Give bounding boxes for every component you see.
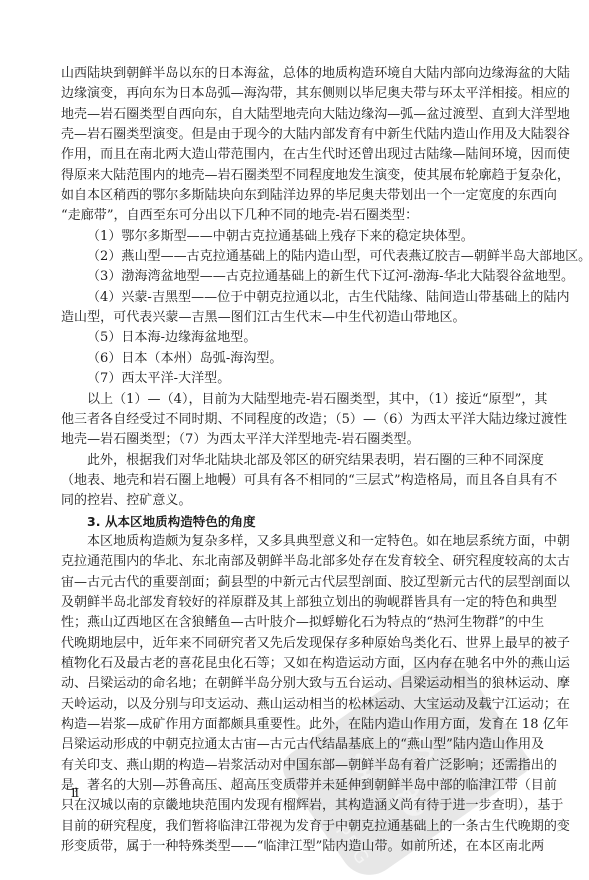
text-line: 山西陆块到朝鲜半岛以东的日本海盆，总体的地质构造环境自大陆内部向边缘海盆的大陆 bbox=[61, 64, 537, 84]
text-line: 边缘演变，再向东为日本岛弧—海沟带，其东侧则以毕尼奥夫带与环太平洋相接。相应的 bbox=[61, 84, 537, 104]
text-line: （5）日本海-边缘海盆地型。 bbox=[61, 328, 537, 348]
text-line: （4）兴蒙-吉黑型——位于中朝克拉通以北，古生代陆缘、陆间造山带基础上的陆内 bbox=[61, 288, 537, 308]
text-line: 性；燕山辽西地区在含狼鳍鱼—古叶肢介—拟蜉蝣化石为特点的“热河生物群”的中生 bbox=[61, 613, 537, 633]
text-line: （3）渤海湾盆地型——古克拉通基础上的新生代下辽河-渤海-华北大陆裂谷盆地型。 bbox=[61, 267, 537, 287]
text-line: 动、吕梁运动的命名地；在朝鲜半岛分别大致与五台运动、吕梁运动相当的狼林运动、摩 bbox=[61, 674, 537, 694]
text-line: 及朝鲜半岛北部发育较好的祥原群及其上部独立划出的驹岘群皆具有一定的特色和典型 bbox=[61, 593, 537, 613]
text-line: 目前的研究程度，我们暂将临津江带视为发育于中朝克拉通基础上的一条古生代晚期的变 bbox=[61, 817, 537, 837]
text-line: （6）日本（本州）岛弧-海沟型。 bbox=[61, 349, 537, 369]
text-line: 宙—古元古代的重要剖面；蓟县型的中新元古代层型剖面、胶辽型新元古代的层型剖面以 bbox=[61, 573, 537, 593]
text-line: 得原来大陆范围内的地壳—岩石圈类型不同程度地发生演变，使其展布轮廓趋于复杂化， bbox=[61, 166, 537, 186]
page-number: Ⅱ bbox=[71, 786, 79, 800]
text-line: 有关印支、燕山期的构造—岩浆活动对中国东部—朝鲜半岛有着广泛影响；还需指出的 bbox=[61, 756, 537, 776]
text-line: 克拉通范围内的华北、东北南部及朝鲜半岛北部多处存在发育较全、研究程度较高的太古 bbox=[61, 552, 537, 572]
text-line: （7）西太平洋-大洋型。 bbox=[61, 369, 537, 389]
text-line: 本区地质构造颇为复杂多样，又多具典型意义和一定特色。如在地层系统方面，中朝 bbox=[61, 532, 537, 552]
text-line: 以上（1）—（4），目前为大陆型地壳-岩石圈类型，其中，（1）接近“原型”，其 bbox=[61, 390, 537, 410]
text-line: 形变质带，属于一种特殊类型——“临津江型”陆内造山带。如前所述，在本区南北两 bbox=[61, 837, 537, 857]
text-line: 是，著名的大别—苏鲁高压、超高压变质带并未延伸到朝鲜半岛中部的临津江带（目前 bbox=[61, 776, 537, 796]
text-line: 同的控岩、控矿意义。 bbox=[61, 491, 537, 511]
text-line: 他三者各自经受过不同时期、不同程度的改造；（5）—（6）为西太平洋大陆边缘过渡性 bbox=[61, 410, 537, 430]
text-line: 壳—岩石圈类型演变。但是由于现今的大陆内部发育有中新生代陆内造山作用及大陆裂谷 bbox=[61, 125, 537, 145]
section-heading: 3. 从本区地质构造特色的角度 bbox=[61, 512, 537, 532]
text-line: 代晚期地层中，近年来不同研究者又先后发现保存多种原始鸟类化石、世界上最早的被子 bbox=[61, 634, 537, 654]
text-line: 植物化石及最古老的喜花昆虫化石等；又如在构造运动方面，区内存在驰名中外的燕山运 bbox=[61, 654, 537, 674]
text-line: 如自本区稍西的鄂尔多斯陆块向东到陆洋边界的毕尼奥夫带划出一个一定宽度的东西向 bbox=[61, 186, 537, 206]
text-line: 作用，而且在南北两大造山带范围内，在古生代时还曾出现过古陆缘—陆间环境，因而使 bbox=[61, 145, 537, 165]
document-page: 山西陆块到朝鲜半岛以东的日本海盆，总体的地质构造环境自大陆内部向边缘海盆的大陆边… bbox=[61, 64, 537, 857]
text-line: 天岭运动，以及分别与印支运动、燕山运动相当的松林运动、大宝运动及载宁江运动；在 bbox=[61, 695, 537, 715]
text-line: （2）燕山型——古克拉通基础上的陆内造山型，可代表燕辽胶吉—朝鲜半岛大部地区。 bbox=[61, 247, 537, 267]
text-line: 只在汉城以南的京畿地块范围内发现有榴辉岩，其构造涵义尚有待于进一步查明），基于 bbox=[61, 796, 537, 816]
text-line: （1）鄂尔多斯型——中朝古克拉通基础上残存下来的稳定块体型。 bbox=[61, 227, 537, 247]
text-line: 构造—岩浆—成矿作用方面都颇具重要性。此外，在陆内造山作用方面，发育在 18 亿… bbox=[61, 715, 537, 735]
text-line: “走廊带”，自西至东可分出以下几种不同的地壳-岩石圈类型： bbox=[61, 206, 537, 226]
text-line: 吕梁运动形成的中朝克拉通太古宙—古元古代结晶基底上的“燕山型”陆内造山作用及 bbox=[61, 735, 537, 755]
text-line: 此外，根据我们对华北陆块北部及邻区的研究结果表明，岩石圈的三种不同深度 bbox=[61, 451, 537, 471]
text-line: 地壳—岩石圈类型；（7）为西太平洋大洋型地壳-岩石圈类型。 bbox=[61, 430, 537, 450]
text-line: 造山型，可代表兴蒙—吉黑—图们江古生代末—中生代初造山带地区。 bbox=[61, 308, 537, 328]
text-line: （地表、地壳和岩石圈上地幔）可具有各不相同的“三层式”构造格局，而且各自具有不 bbox=[61, 471, 537, 491]
text-line: 地壳—岩石圈类型自西向东，自大陆型地壳向大陆边缘沟—弧—盆过渡型、直到大洋型地 bbox=[61, 105, 537, 125]
